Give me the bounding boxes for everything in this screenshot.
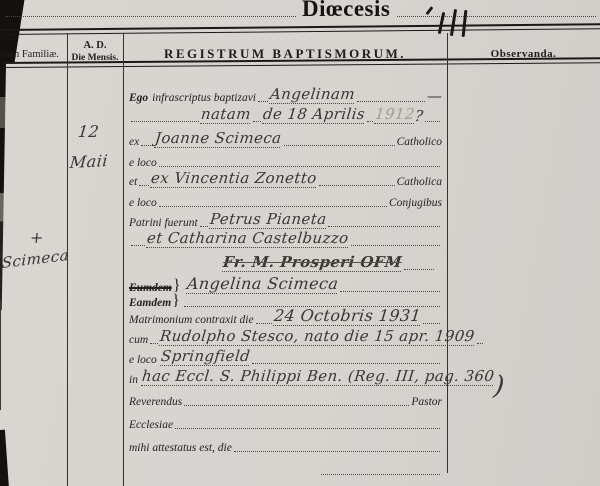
line-godfather: Patrini fuerunt Petrus Pianeta bbox=[129, 213, 442, 230]
godfather-name: Petrus Pianeta bbox=[209, 210, 328, 229]
header-die-mensis: Die Mensis. bbox=[67, 53, 123, 63]
e-loco3-label: e loco bbox=[129, 354, 157, 367]
line-godmother: et Catharina Castelbuzzo bbox=[129, 232, 442, 249]
margin-family-name: Scimeca bbox=[2, 246, 70, 272]
column-rule-2 bbox=[123, 33, 124, 486]
spouse-name: Rudolpho Stesco, nato die 15 apr. 1909 bbox=[159, 327, 476, 346]
confirmation-name: Angelina Scimeca bbox=[185, 274, 338, 294]
father-name: Joanne Scimeca bbox=[154, 129, 282, 148]
birth-year-question-mark: ? bbox=[414, 107, 424, 125]
ex-label: ex bbox=[129, 136, 139, 149]
line-reverendus: Reverendus Pastor bbox=[129, 392, 442, 409]
margin-cross-mark: + bbox=[29, 228, 45, 247]
catholica-label: Catholica bbox=[397, 176, 442, 189]
marriage-place: Springfield bbox=[160, 347, 251, 366]
header-observanda: Observanda. bbox=[447, 48, 600, 60]
conjugibus-label: Conjugibus bbox=[389, 197, 442, 210]
cum-label: cum bbox=[129, 334, 148, 347]
natam-word: natam bbox=[200, 105, 252, 124]
birth-date: de 18 Aprilis bbox=[262, 105, 366, 124]
birth-year-pencil: 1912 bbox=[374, 105, 416, 124]
mother-name: ex Vincentia Zonetto bbox=[150, 169, 318, 188]
scan-edge-bottom-left bbox=[0, 430, 9, 486]
matrimonium-label: Matrimonium contraxit die bbox=[129, 314, 254, 327]
line-mother: et ex Vincentia Zonetto Catholica bbox=[129, 172, 442, 189]
baptizavi-label: infrascriptus baptizavi bbox=[152, 92, 256, 105]
e-loco2-label: e loco bbox=[129, 197, 157, 210]
priest-signature: Fr. M. Prosperi OFM bbox=[222, 253, 403, 272]
in-label: in bbox=[129, 374, 138, 387]
attestatus-label: mihi attestatus est, die bbox=[129, 442, 232, 455]
line-baptizavi: Ego infrascriptus baptizavi Angelinam — bbox=[129, 88, 442, 105]
et-label: et bbox=[129, 176, 137, 189]
marriage-date: 24 Octobris 1931 bbox=[273, 306, 422, 326]
catholico-label: Catholico bbox=[397, 136, 442, 149]
column-rule-3 bbox=[447, 33, 448, 473]
top-double-rule bbox=[2, 23, 600, 35]
margin-day: 12 bbox=[77, 122, 100, 141]
closing-paren: ) bbox=[494, 381, 506, 391]
margin-month: Maii bbox=[69, 151, 109, 172]
ecclesiae-label: Ecclesiae bbox=[129, 419, 173, 432]
line-signature: Fr. M. Prosperi OFM bbox=[129, 256, 442, 273]
header-family-column: men Familiæ. bbox=[0, 49, 66, 60]
line-marriage-date: Matrimonium contraxit die 24 Octobris 19… bbox=[129, 310, 442, 327]
scan-edge-left-lower bbox=[0, 300, 1, 410]
godmother-name: et Catharina Castelbuzzo bbox=[146, 229, 350, 248]
line-birth-date: natam de 18 Aprilis 1912 ? bbox=[129, 108, 442, 125]
reverendus-label: Reverendus bbox=[129, 396, 182, 409]
ink-dash: — bbox=[426, 87, 443, 105]
brace-glyph: } bbox=[171, 292, 182, 310]
line-spouse: cum Rudolpho Stesco, nato die 15 apr. 19… bbox=[129, 330, 442, 347]
line-attestatus: mihi attestatus est, die bbox=[129, 438, 442, 455]
line-marriage-church: in hac Eccl. S. Philippi Ben. (Reg. III,… bbox=[129, 370, 442, 387]
header-ad: A. D. bbox=[67, 40, 123, 51]
ego-label: Ego bbox=[129, 92, 148, 105]
baptism-register-scan: Diœcesis men Familiæ. A. D. Die Mensis. … bbox=[0, 0, 600, 486]
line-father: ex Joanne Scimeca Catholico bbox=[129, 132, 442, 149]
marriage-church: hac Eccl. S. Philippi Ben. (Reg. III, pa… bbox=[141, 367, 495, 386]
baptized-name: Angelinam bbox=[269, 85, 356, 104]
pastor-label: Pastor bbox=[411, 396, 442, 409]
diocese-heading: Diœcesis bbox=[296, 0, 396, 22]
header-registrum-baptismorum: REGISTRUM BAPTISMORUM. bbox=[123, 46, 447, 62]
line-ecclesiae: Ecclesiae bbox=[129, 415, 442, 432]
line-mother-place: e loco Conjugibus bbox=[129, 193, 442, 210]
line-final-blank bbox=[129, 461, 442, 478]
line-marriage-place: e loco Springfield bbox=[129, 350, 442, 367]
eamdem-label: Eamdem bbox=[129, 297, 171, 310]
line-father-place: e loco bbox=[129, 153, 442, 170]
